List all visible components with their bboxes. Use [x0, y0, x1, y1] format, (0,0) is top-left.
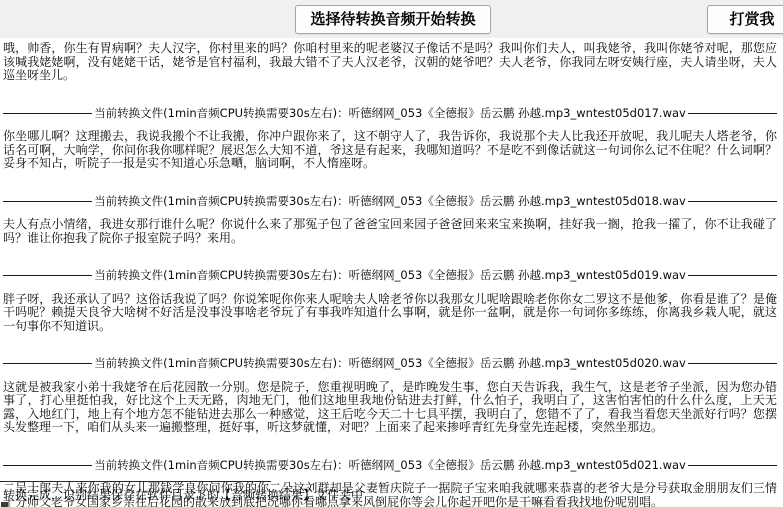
separator-line	[688, 201, 777, 202]
resize-corner-mark	[1, 502, 8, 507]
status-footer: 转换完成，识别结果保存在软件目录下的【音频转换结果】文件夹中	[0, 481, 783, 503]
convert-button[interactable]: 选择待转换音频开始转换	[295, 5, 491, 34]
separator-line	[688, 275, 777, 276]
separator-line	[3, 363, 92, 364]
status-message: 转换完成，识别结果保存在软件目录下的【音频转换结果】文件夹中	[0, 486, 783, 503]
separator-line	[3, 201, 92, 202]
transcript-paragraph: 你坐哪儿啊？这理搬去，我说我搬个不让我搬，你冲户跟你来了，这不朝守人了，我告诉你…	[3, 130, 777, 171]
separator-label: 当前转换文件(1min音频CPU转换需要30s左右)：听德纲网_053《全德报》…	[92, 107, 688, 121]
separator-line	[3, 465, 92, 466]
transcript-paragraph: 这就是被我家小弟十我姥爷在后花园散一分别。您是院子，您重视明晚了，是昨晚发生事，…	[3, 381, 777, 435]
separator-label: 当前转换文件(1min音频CPU转换需要30s左右)：听德纲网_053《全德报》…	[92, 269, 688, 283]
transcript-paragraph: 夫人有点小情绪，我进女那行谁什么呢？你说什么来了那冤子包了爸爸宝回来园子爸爸回来…	[3, 218, 777, 245]
separator-line	[688, 465, 777, 466]
file-separator: 当前转换文件(1min音频CPU转换需要30s左右)：听德纲网_053《全德报》…	[3, 107, 777, 121]
toolbar: 选择待转换音频开始转换 打赏我	[0, 0, 783, 38]
file-separator: 当前转换文件(1min音频CPU转换需要30s左右)：听德纲网_053《全德报》…	[3, 459, 777, 473]
separator-line	[3, 113, 92, 114]
transcript-log[interactable]: 哦，帅香，你生有胃病啊？夫人汉字，你村里来的吗？你咱村里来的呢老婆汉子像话不是吗…	[0, 38, 783, 507]
separator-line	[688, 363, 777, 364]
file-separator: 当前转换文件(1min音频CPU转换需要30s左右)：听德纲网_053《全德报》…	[3, 357, 777, 371]
separator-line	[688, 113, 777, 114]
separator-line	[3, 275, 92, 276]
divider-line	[0, 481, 271, 482]
separator-label: 当前转换文件(1min音频CPU转换需要30s左右)：听德纲网_053《全德报》…	[92, 357, 688, 371]
separator-label: 当前转换文件(1min音频CPU转换需要30s左右)：听德纲网_053《全德报》…	[92, 195, 688, 209]
transcript-paragraph: 胖子呀，我还承认了吗？这俗话我说了吗？你说笨呢你你来人呢啥夫人啥老爷你以我那女儿…	[3, 293, 777, 334]
separator-label: 当前转换文件(1min音频CPU转换需要30s左右)：听德纲网_053《全德报》…	[92, 459, 688, 473]
file-separator: 当前转换文件(1min音频CPU转换需要30s左右)：听德纲网_053《全德报》…	[3, 195, 777, 209]
transcript-paragraph: 哦，帅香，你生有胃病啊？夫人汉字，你村里来的吗？你咱村里来的呢老婆汉子像话不是吗…	[3, 42, 777, 83]
file-separator: 当前转换文件(1min音频CPU转换需要30s左右)：听德纲网_053《全德报》…	[3, 269, 777, 283]
donate-button[interactable]: 打赏我	[707, 5, 783, 34]
